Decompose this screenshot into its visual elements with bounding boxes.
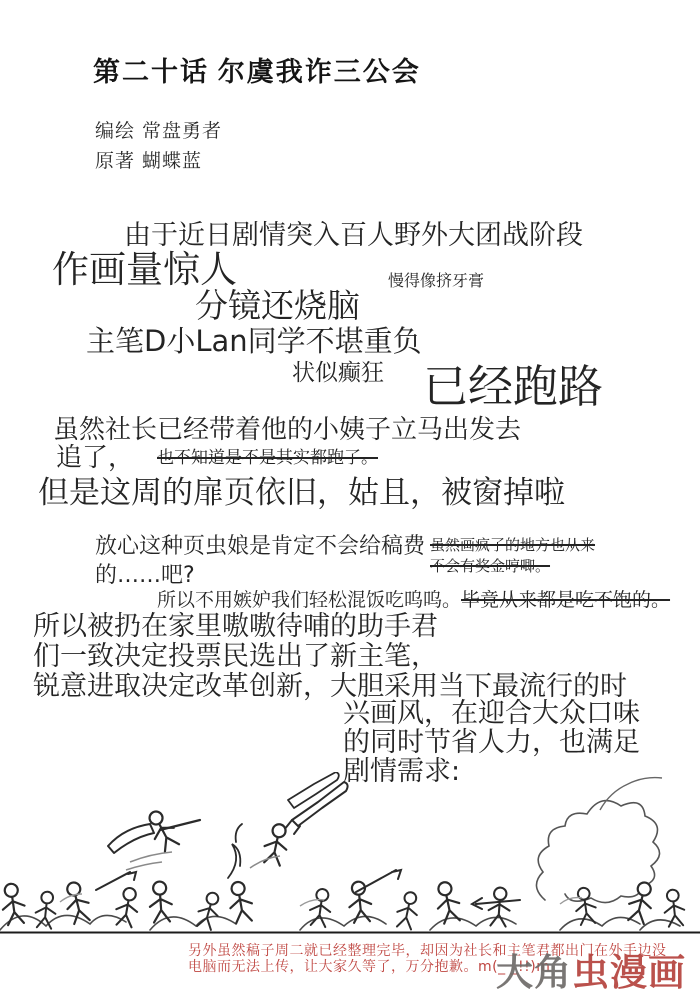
spear-doodle-2 xyxy=(356,870,401,892)
notice-aside-strike-bonus-1: 虽然画疯了的地方也从来 xyxy=(430,534,595,555)
notice-line-ranaway: 已经跑路 xyxy=(423,350,603,415)
notice-line-envy-normal: 所以不用嫉妒我们轻松混饭吃呜呜。 xyxy=(157,589,461,611)
flying-swordsman-doodle xyxy=(108,807,200,870)
comic-notice-page: 第二十话 尔虞我诈三公会 编绘 常盘勇者 原著 蝴蝶蓝 由于近日剧情突入百人野外… xyxy=(0,0,700,989)
para-assistants-line-1: 所以被扔在家里嗷嗷待哺的助手君 xyxy=(33,612,627,642)
notice-line-fee-1: 放心这种页虫娘是肯定不会给稿费 xyxy=(95,529,425,560)
watermark-logo: 大角虫漫画 xyxy=(496,942,686,989)
author-credit: 原著 蝴蝶蓝 xyxy=(95,146,202,173)
notice-line-envy: 所以不用嫉妒我们轻松混饭吃呜呜。毕竟从来都是吃不饱的。 xyxy=(157,585,670,612)
brawling-crowd-doodle xyxy=(0,824,686,931)
watermark-gray-part: 大角 xyxy=(496,951,572,989)
notice-aside-strike-bonus-2: 不会有奖金哼唧。 xyxy=(430,555,550,576)
notice-para-assistants: 所以被扔在家里嗷嗷待哺的助手君 们一致决定投票民选出了新主笔， 锐意进取决定改革… xyxy=(33,612,627,702)
arrow-doodle xyxy=(472,898,520,909)
chapter-title: 第二十话 尔虞我诈三公会 xyxy=(93,50,421,89)
notice-aside-crazy: 状似癫狂 xyxy=(292,354,384,387)
rubble-mounds-doodle xyxy=(0,915,680,930)
smoke-wisp-doodle xyxy=(600,778,662,810)
artist-credit: 编绘 常盘勇者 xyxy=(95,116,222,143)
notice-line-cover: 但是这周的扉页依旧，姑且，被窗掉啦 xyxy=(38,467,565,512)
flame-doodle xyxy=(228,824,242,878)
stick-figure-battle-doodle xyxy=(0,772,700,935)
para-style-line-2: 的同时节省人力，也满足 xyxy=(343,728,640,757)
para-style-line-1: 兴画风，在迎合大众口味 xyxy=(343,699,640,728)
notice-line-envy-strike: 毕竟从来都是吃不饱的。 xyxy=(461,589,670,611)
para-assistants-line-2: 们一致决定投票民选出了新主笔， xyxy=(33,642,627,672)
notice-aside-strike-chase: 也不知道是不是其实都跑了。 xyxy=(157,443,378,468)
notice-aside-toothpaste: 慢得像挤牙膏 xyxy=(388,268,484,291)
watermark-red-part: 虫漫画 xyxy=(572,951,686,989)
